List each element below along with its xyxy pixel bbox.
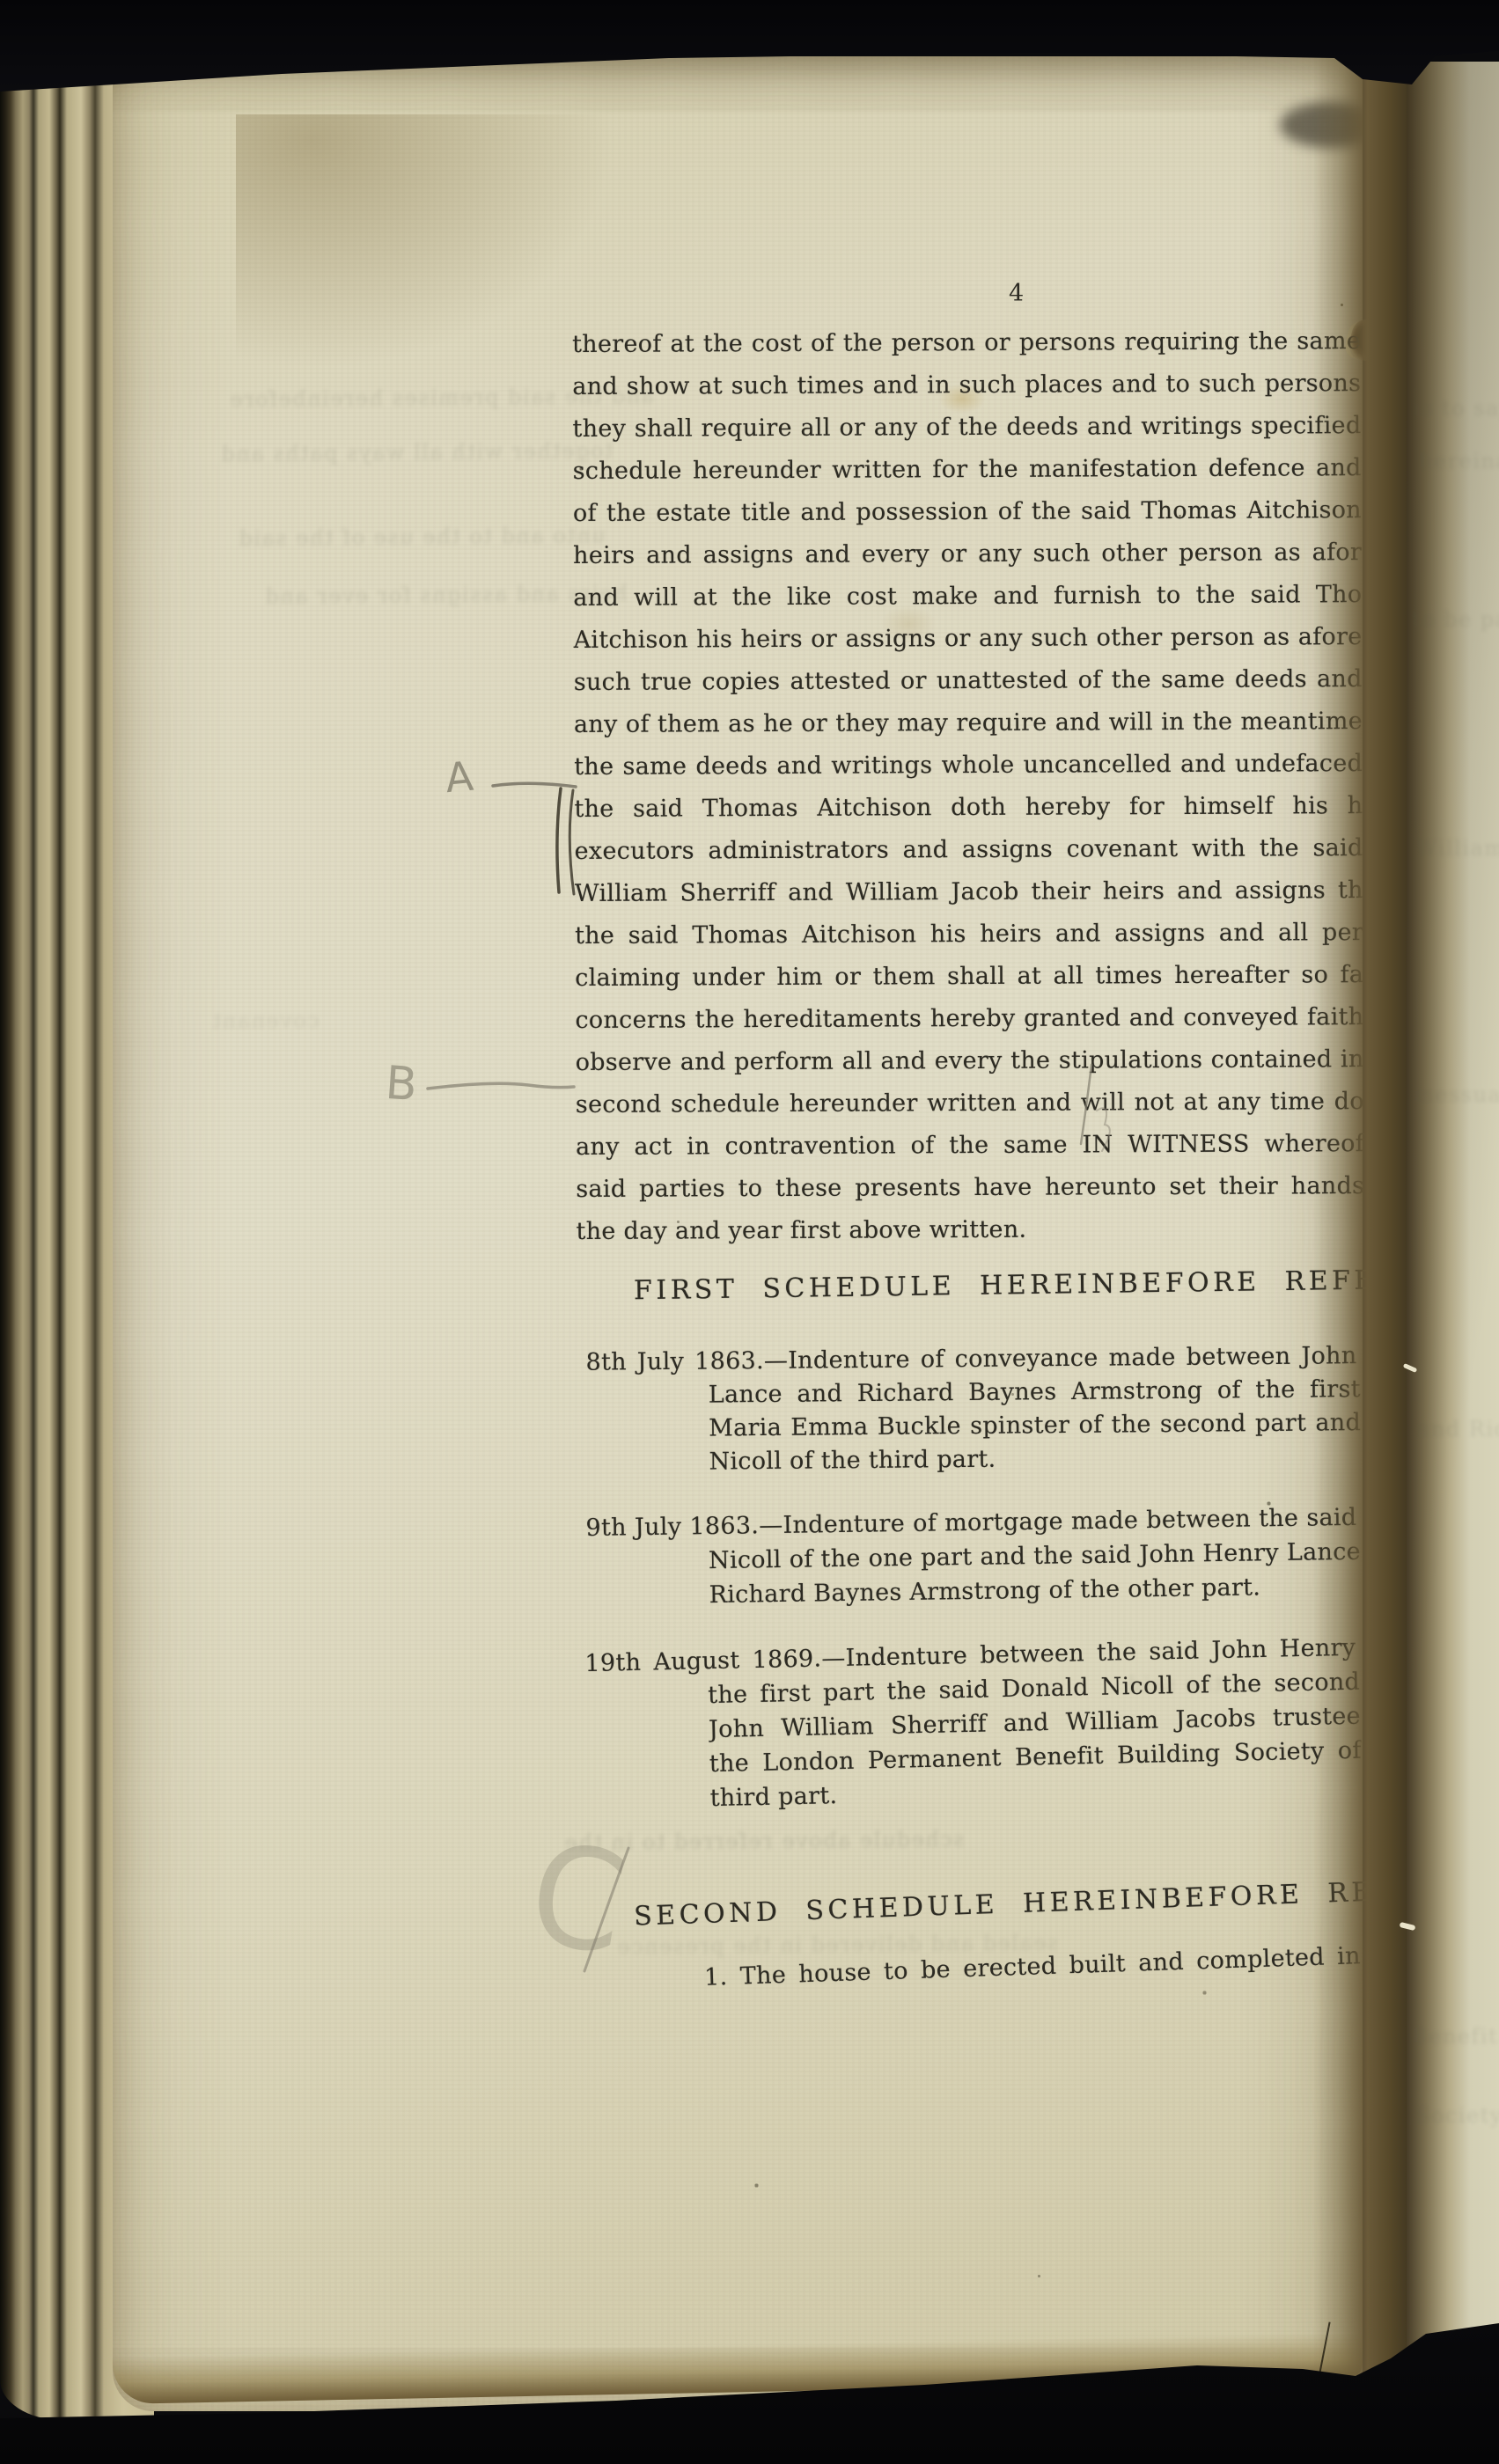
text-line: they shall require all or any of the dee… <box>572 405 1361 451</box>
book-scan-photo: and the said premises hereinbeforetogeth… <box>0 0 1499 2464</box>
schedule-entry-1863-july-9: 9th July 1863.—Indenture of mortgage mad… <box>571 1500 1363 1615</box>
margin-pencil-letter-a: A <box>444 752 475 803</box>
text-line: the said Thomas Aitchison doth hereby fo… <box>574 785 1363 831</box>
corner-stain <box>236 114 614 370</box>
text-line: said parties to these presents have here… <box>576 1165 1364 1211</box>
text-line: the day and year first above written. <box>576 1207 1364 1253</box>
text-line: heirs and assigns and every or any such … <box>573 532 1362 577</box>
text-line: any act in contravention of the same IN … <box>576 1123 1364 1169</box>
text-line: claiming under him or them shall at all … <box>575 954 1363 1000</box>
schedule-entry-1869-august-19: 19th August 1869.—Indenture between the … <box>570 1631 1364 1819</box>
bleed-line: messuage and <box>1414 1082 1499 1107</box>
adjacent-page-bleed-text: is to sayhereinafterto be paidWilliam th… <box>1407 62 1499 2367</box>
text-line: Nicoll of the third part. <box>709 1440 1361 1478</box>
adjacent-page-edge: is to sayhereinafterto be paidWilliam th… <box>1407 62 1499 2367</box>
bleed-line: and Richard <box>1417 1417 1499 1441</box>
text-line: thereof at the cost of the person or per… <box>572 320 1361 366</box>
gutter-shadow <box>1313 53 1412 2397</box>
bleed-line: hereinafter <box>1419 449 1499 473</box>
text-line: executors administrators and assigns cov… <box>575 827 1363 873</box>
text-line: concerns the hereditaments hereby grante… <box>575 996 1363 1042</box>
bleed-line: Society <box>1415 2103 1499 2128</box>
text-line: Lance and Richard Baynes Armstrong of th… <box>709 1373 1361 1412</box>
schedule-entry-1863-july-8: 8th July 1863.—Indenture of conveyance m… <box>571 1339 1363 1480</box>
text-line: such true copies attested or unattested … <box>574 658 1363 704</box>
text-line: and will at the like cost make and furni… <box>573 574 1362 620</box>
deed-paragraph: thereof at the cost of the person or per… <box>572 320 1365 1253</box>
text-line: schedule hereunder written for the manif… <box>573 447 1362 493</box>
page-number: 4 <box>1009 280 1025 307</box>
text-line: William Sherriff and William Jacob their… <box>575 869 1363 915</box>
text-line: observe and perform all and every the st… <box>576 1038 1364 1084</box>
bleed-line: is to say <box>1414 396 1499 421</box>
margin-pencil-letter-b: B <box>384 1057 419 1111</box>
bleed-line: William the <box>1415 836 1499 861</box>
text-line: second schedule hereunder written and wi… <box>576 1081 1364 1126</box>
text-line: of the estate title and possession of th… <box>573 489 1362 535</box>
text-line: and show at such times and in such place… <box>572 363 1361 408</box>
bleed-line: to be paid <box>1412 607 1499 632</box>
text-line: the same deeds and writings whole uncanc… <box>574 743 1363 788</box>
text-line: any of them as he or they may require an… <box>574 700 1363 746</box>
text-line: Aitchison his heirs or assigns or any su… <box>573 616 1362 662</box>
text-line: the said Thomas Aitchison his heirs and … <box>575 912 1363 957</box>
text-line: Maria Emma Buckle spinster of the second… <box>709 1406 1361 1445</box>
bleed-line: Benefit <box>1412 2024 1498 2049</box>
